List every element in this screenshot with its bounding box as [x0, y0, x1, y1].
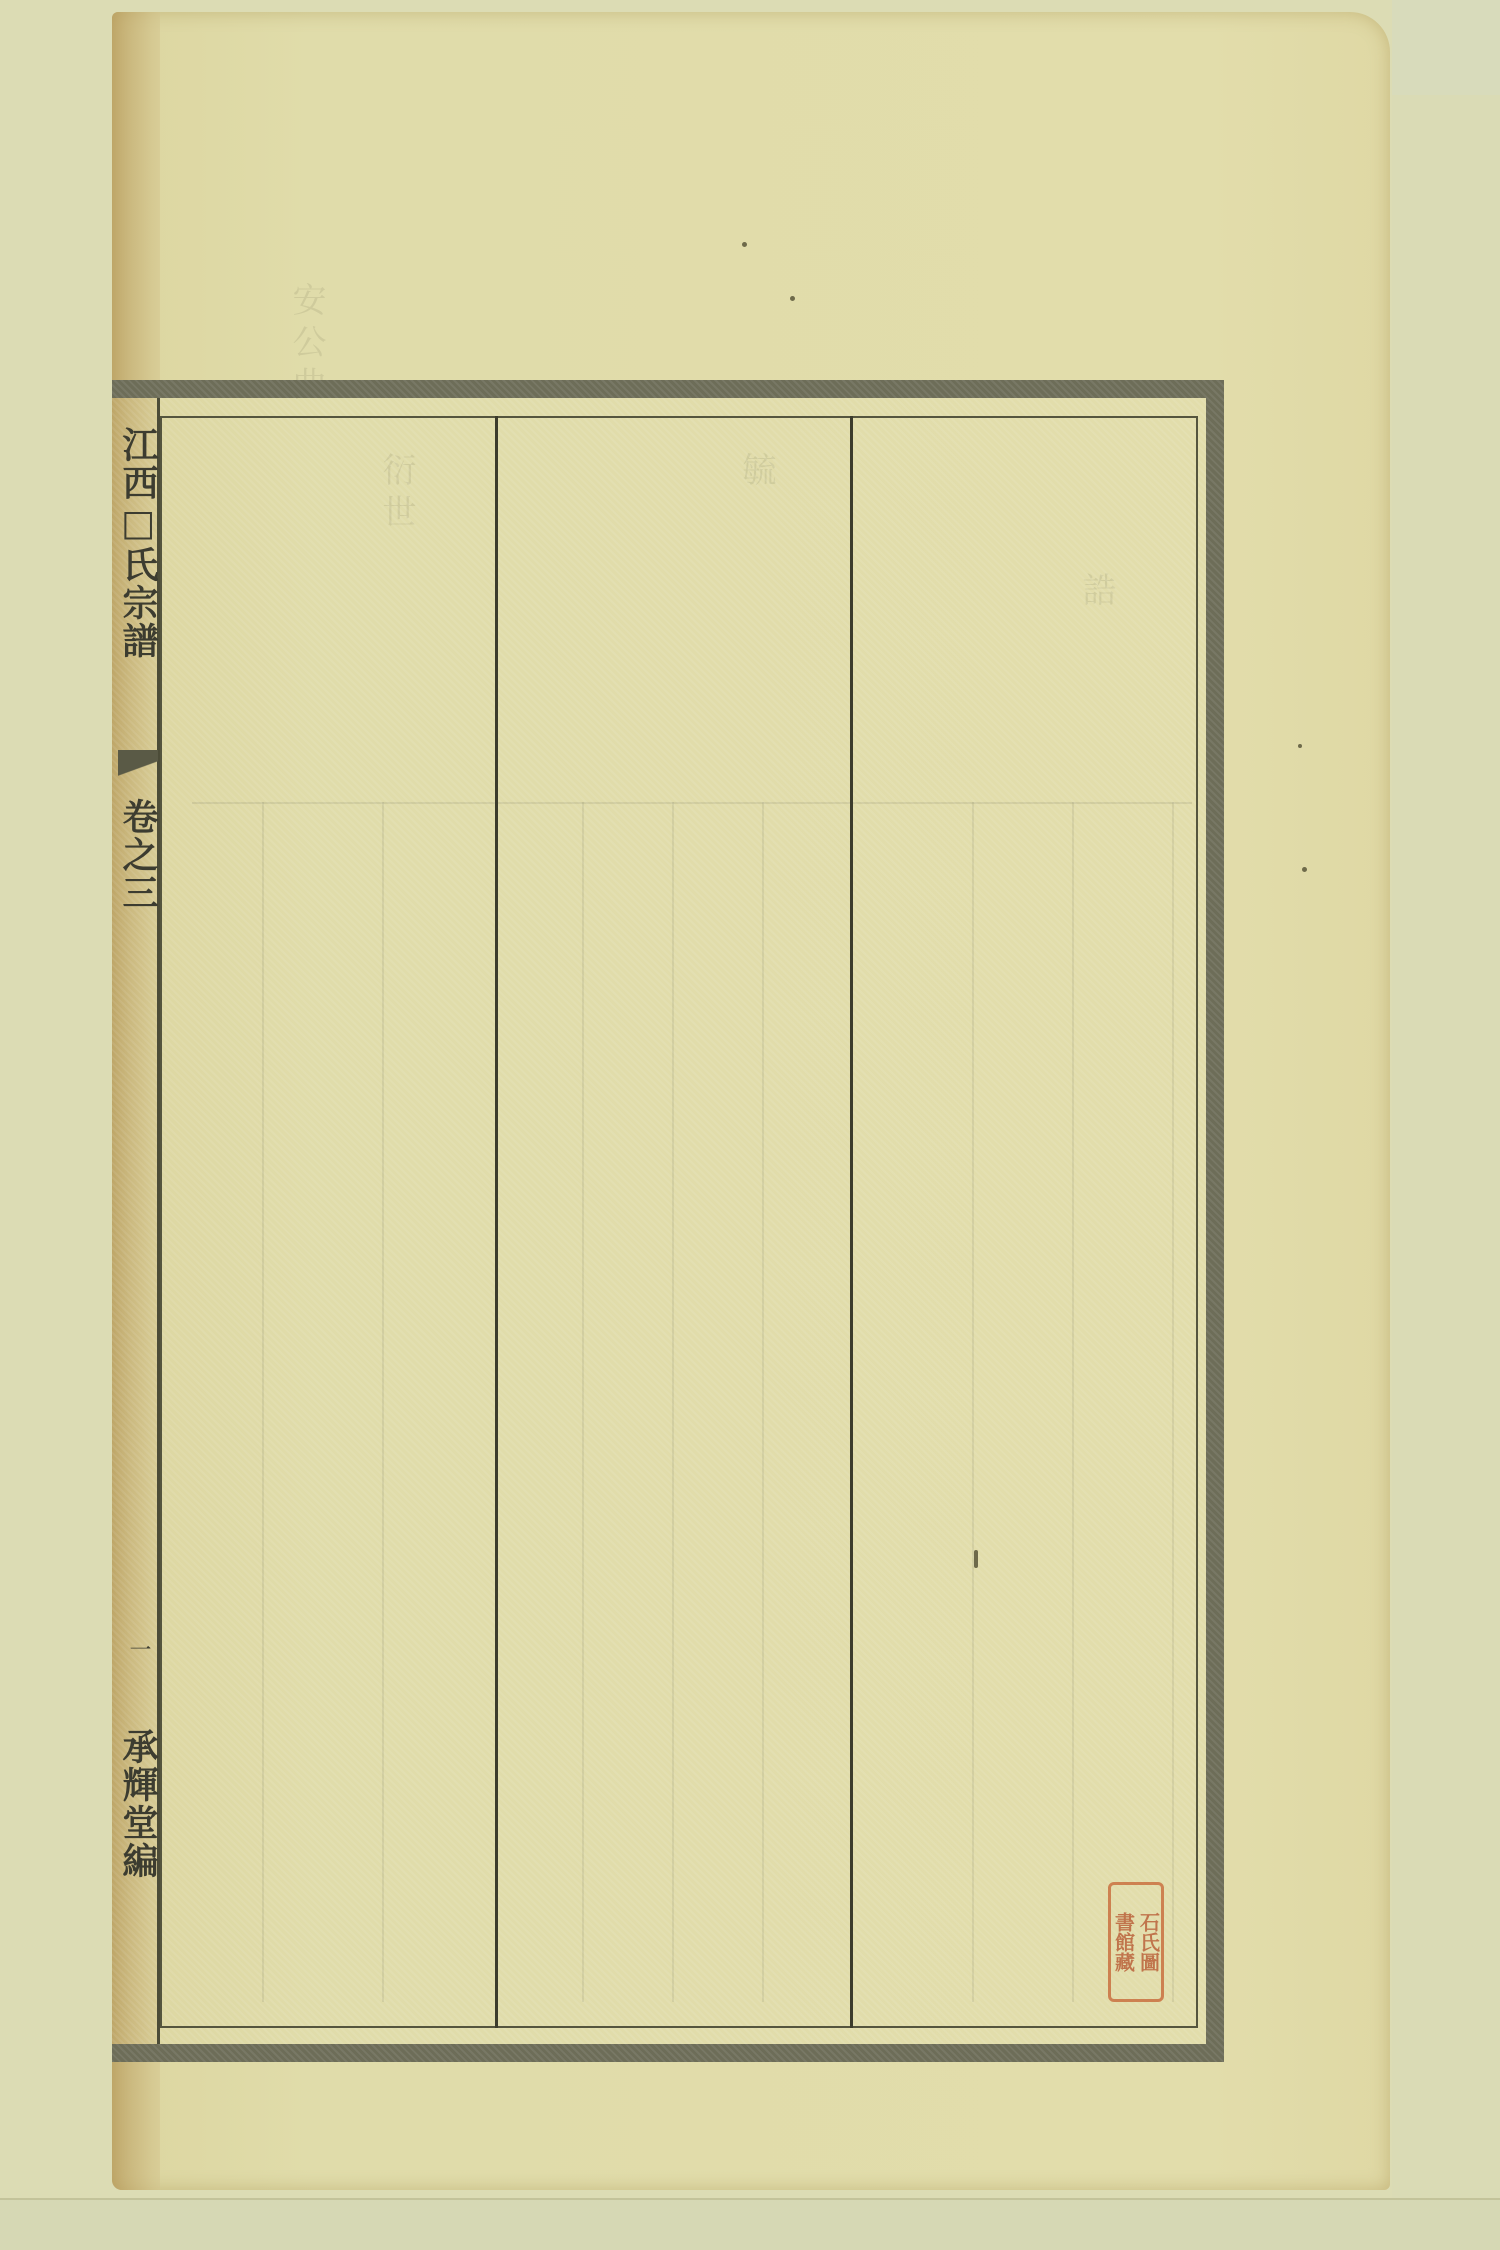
margin-title: 江西□氏宗譜 [118, 426, 158, 660]
margin-column: 江西□氏宗譜 卷之三 一 承輝堂編 [112, 398, 160, 2044]
paper-spot [1298, 744, 1302, 748]
seal-text-left: 書館藏 [1113, 1912, 1135, 1972]
margin-volume: 卷之三 [118, 798, 158, 912]
seal-text-right: 石氏圖 [1138, 1912, 1160, 1972]
scan-backdrop-top [1392, 0, 1500, 95]
margin-publisher: 承輝堂編 [118, 1728, 158, 1880]
paper-mark [974, 1550, 978, 1568]
genealogy-page: 安公曲 衍世 毓 誥 江西□氏宗譜 卷之三 一 承輝堂編 石氏圖 書館藏 [112, 12, 1390, 2190]
paper-spot [790, 296, 795, 301]
collection-seal: 石氏圖 書館藏 [1108, 1882, 1164, 2002]
inner-border-frame [160, 416, 1198, 2028]
paper-spot [1302, 867, 1307, 872]
paper-spot [742, 242, 747, 247]
column-divider [850, 416, 853, 2028]
adjacent-page-edge [1392, 95, 1500, 2250]
under-sheet [0, 2198, 1500, 2250]
margin-page-number: 一 [118, 1638, 158, 1662]
column-divider [495, 416, 498, 2028]
fish-tail-mark [118, 750, 158, 786]
